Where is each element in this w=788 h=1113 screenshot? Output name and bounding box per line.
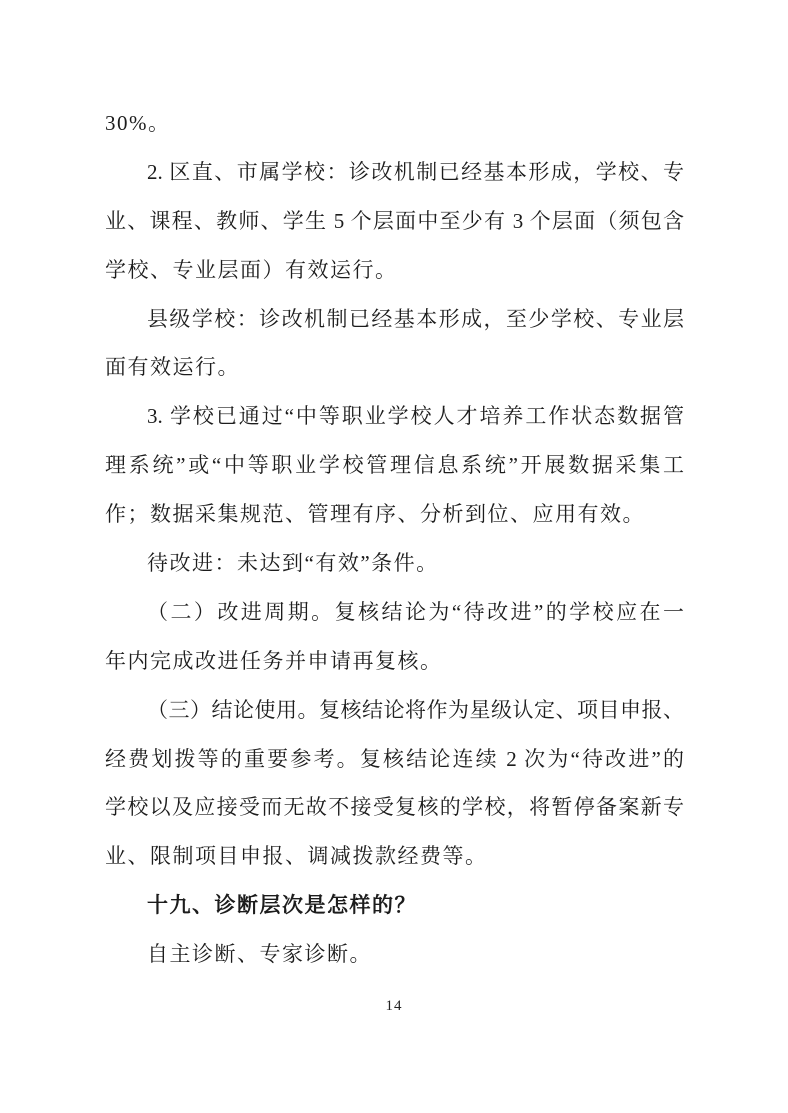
text-line: 年内完成改进任务并申请再复核。 (105, 637, 684, 686)
text-line: 2. 区直、市属学校：诊改机制已经基本形成，学校、专 (105, 148, 684, 197)
text-line: 学校、专业层面）有效运行。 (105, 246, 684, 295)
text-line: （三）结论使用。复核结论将作为星级认定、项目申报、 (105, 686, 684, 735)
text-line: 待改进：未达到“有效”条件。 (105, 539, 684, 588)
text-line: 面有效运行。 (105, 343, 684, 392)
text-line: 30%。 (105, 99, 684, 148)
text-line: 业、限制项目申报、调减拨款经费等。 (105, 832, 684, 881)
text-line: 自主诊断、专家诊断。 (105, 930, 684, 979)
text-line: （二）改进周期。复核结论为“待改进”的学校应在一 (105, 588, 684, 637)
text-line: 业、课程、教师、学生 5 个层面中至少有 3 个层面（须包含 (105, 197, 684, 246)
text-line: 作；数据采集规范、管理有序、分析到位、应用有效。 (105, 490, 684, 539)
text-line: 理系统”或“中等职业学校管理信息系统”开展数据采集工 (105, 441, 684, 490)
text-line: 3. 学校已通过“中等职业学校人才培养工作状态数据管 (105, 392, 684, 441)
page-number: 14 (0, 998, 788, 1015)
document-body: 30%。2. 区直、市属学校：诊改机制已经基本形成，学校、专业、课程、教师、学生… (105, 99, 684, 979)
text-line: 县级学校：诊改机制已经基本形成，至少学校、专业层 (105, 295, 684, 344)
text-line: 经费划拨等的重要参考。复核结论连续 2 次为“待改进”的 (105, 735, 684, 784)
section-heading: 十九、诊断层次是怎样的？ (105, 881, 684, 930)
text-line: 学校以及应接受而无故不接受复核的学校，将暂停备案新专 (105, 783, 684, 832)
document-page: 30%。2. 区直、市属学校：诊改机制已经基本形成，学校、专业、课程、教师、学生… (0, 0, 788, 1113)
